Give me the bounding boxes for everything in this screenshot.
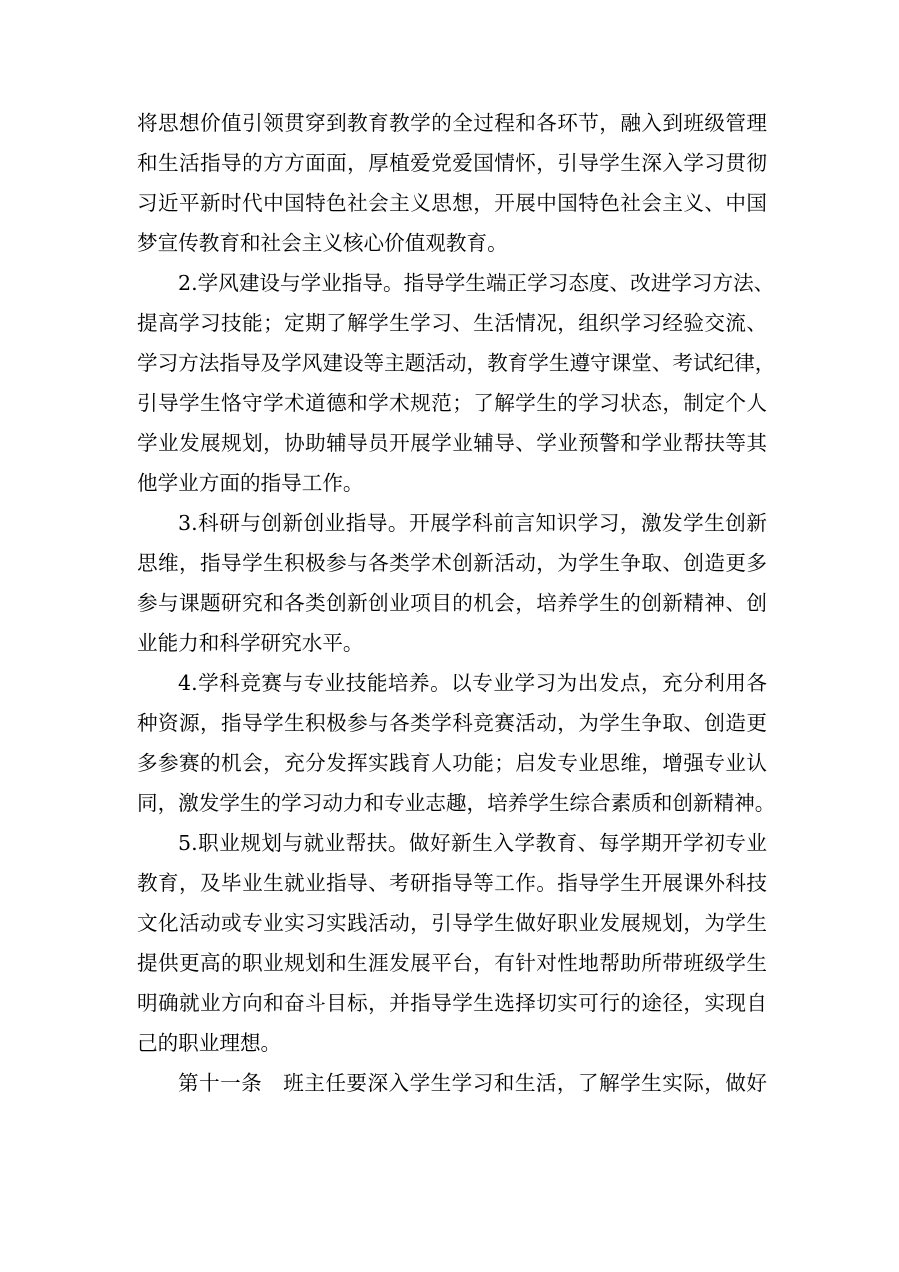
text-line: 他学业方面的指导工作。 (137, 463, 767, 503)
text-line: 提高学习技能；定期了解学生学习、生活情况，组织学习经验交流、 (137, 303, 767, 343)
text-line: 学业发展规划，协助辅导员开展学业辅导、学业预警和学业帮扶等其 (137, 423, 767, 463)
paragraph-item-5: 5.职业规划与就业帮扶。做好新生入学教育、每学期开学初专业 教育，及毕业生就业指… (137, 823, 767, 1063)
body-text: 将思想价值引领贯穿到教育教学的全过程和各环节，融入到班级管理 和生活指导的方方面… (137, 103, 767, 1103)
paragraph-item-4: 4.学科竞赛与专业技能培养。以专业学习为出发点，充分利用各 种资源，指导学生积极… (137, 663, 767, 823)
text-line: 教育，及毕业生就业指导、考研指导等工作。指导学生开展课外科技 (137, 863, 767, 903)
text-line: 和生活指导的方方面面，厚植爱党爱国情怀，引导学生深入学习贯彻 (137, 143, 767, 183)
text-line: 己的职业理想。 (137, 1023, 767, 1063)
text-line: 5.职业规划与就业帮扶。做好新生入学教育、每学期开学初专业 (137, 823, 767, 863)
text-line: 提供更高的职业规划和生涯发展平台，有针对性地帮助所带班级学生 (137, 943, 767, 983)
text-line: 习近平新时代中国特色社会主义思想，开展中国特色社会主义、中国 (137, 183, 767, 223)
text-line: 梦宣传教育和社会主义核心价值观教育。 (137, 223, 767, 263)
text-line: 思维，指导学生积极参与各类学术创新活动，为学生争取、创造更多 (137, 543, 767, 583)
paragraph-intro-continued: 将思想价值引领贯穿到教育教学的全过程和各环节，融入到班级管理 和生活指导的方方面… (137, 103, 767, 263)
text-line: 2.学风建设与学业指导。指导学生端正学习态度、改进学习方法、 (137, 263, 767, 303)
text-line: 3.科研与创新创业指导。开展学科前言知识学习，激发学生创新 (137, 503, 767, 543)
paragraph-item-2: 2.学风建设与学业指导。指导学生端正学习态度、改进学习方法、 提高学习技能；定期… (137, 263, 767, 503)
text-line: 学习方法指导及学风建设等主题活动，教育学生遵守课堂、考试纪律， (137, 343, 767, 383)
text-line: 将思想价值引领贯穿到教育教学的全过程和各环节，融入到班级管理 (137, 103, 767, 143)
text-line: 种资源，指导学生积极参与各类学科竞赛活动，为学生争取、创造更 (137, 703, 767, 743)
text-line: 引导学生恪守学术道德和学术规范；了解学生的学习状态，制定个人 (137, 383, 767, 423)
text-line: 明确就业方向和奋斗目标，并指导学生选择切实可行的途径，实现自 (137, 983, 767, 1023)
text-line: 4.学科竞赛与专业技能培养。以专业学习为出发点，充分利用各 (137, 663, 767, 703)
text-line: 业能力和科学研究水平。 (137, 623, 767, 663)
paragraph-article-11: 第十一条 班主任要深入学生学习和生活，了解学生实际，做好 (137, 1063, 767, 1103)
text-line: 多参赛的机会，充分发挥实践育人功能；启发专业思维，增强专业认 (137, 743, 767, 783)
document-page: 将思想价值引领贯穿到教育教学的全过程和各环节，融入到班级管理 和生活指导的方方面… (0, 0, 899, 1272)
text-line: 第十一条 班主任要深入学生学习和生活，了解学生实际，做好 (137, 1063, 767, 1103)
text-line: 参与课题研究和各类创新创业项目的机会，培养学生的创新精神、创 (137, 583, 767, 623)
text-line: 同，激发学生的学习动力和专业志趣，培养学生综合素质和创新精神。 (137, 783, 767, 823)
text-line: 文化活动或专业实习实践活动，引导学生做好职业发展规划，为学生 (137, 903, 767, 943)
paragraph-item-3: 3.科研与创新创业指导。开展学科前言知识学习，激发学生创新 思维，指导学生积极参… (137, 503, 767, 663)
